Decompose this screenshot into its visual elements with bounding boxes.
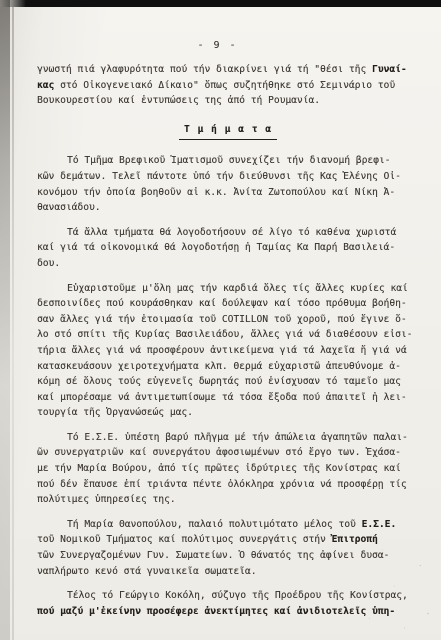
scan-top-edge: [0, 0, 441, 7]
paragraph: Εὐχαριστοῦμε μ'ὅλη μας τήν καρδιά ὅλες τ…: [37, 281, 419, 421]
text-line: δεσποινίδες πού κουράσθηκαν καί δούλεψαν…: [37, 296, 419, 312]
text-line: κῶν δεμάτων. Τελεῖ πάντοτε ὑπό τήν διεύθ…: [37, 169, 419, 185]
text-line: με τήν Μαρία Βούρου, ἀπό τίς πρῶτες ἱδρύ…: [37, 461, 419, 477]
text-line: ῶν συνεργατριῶν καί συνεργάτου ἀφοσιωμέν…: [37, 445, 419, 461]
text-line: Τό Ε.Σ.Ε. ὑπέστη βαρύ πλῆγμα μέ τήν ἀπώλ…: [37, 430, 419, 446]
scanned-page: - 9 - γνωστή πιά γλαφυρότητα πού τήν δια…: [0, 0, 441, 640]
paragraph: Τό Ε.Σ.Ε. ὑπέστη βαρύ πλῆγμα μέ τήν ἀπώλ…: [37, 430, 419, 508]
text-line: γνωστή πιά γλαφυρότητα πού τήν διακρίνει…: [37, 62, 419, 78]
text-line: πολύτιμες ὑπηρεσίες της.: [37, 492, 419, 508]
text-line: δου.: [37, 256, 419, 272]
paper-crease: [12, 7, 14, 640]
text-line: κόμη σέ ὅλους τούς εὐγενεῖς δωρητάς πού …: [37, 374, 419, 390]
paragraph: γνωστή πιά γλαφυρότητα πού τήν διακρίνει…: [37, 62, 419, 109]
paragraph: Τό Τμῆμα Βρεφικοῦ Ἰματισμοῦ συνεχίζει τή…: [37, 153, 419, 215]
text-line: καί μπορέσαμε νά ἀντιμετωπίσωμε τά τόσα …: [37, 390, 419, 406]
text-line: καί γιά τά οἰκονομικά θά λογοδοτήσῃ ἡ Τα…: [37, 240, 419, 256]
section-heading: Τ μ ή μ α τ α: [179, 122, 277, 141]
section-heading-row: Τ μ ή μ α τ α: [37, 122, 419, 141]
text-line: τήρια ἄλλες γιά νά προσφέρουν ἀντικείμεν…: [37, 343, 419, 359]
text-line: Τό Τμῆμα Βρεφικοῦ Ἰματισμοῦ συνεχίζει τή…: [37, 153, 419, 169]
page-number: - 9 -: [0, 40, 435, 51]
text-line: Τά ἄλλα τμήματα θά λογοδοτήσουν σέ λίγο …: [37, 225, 419, 241]
paragraph: Τά ἄλλα τμήματα θά λογοδοτήσουν σέ λίγο …: [37, 225, 419, 272]
text-line: σαν ἄλλες γιά τήν ἑτοιμασία τοῦ COTILLON…: [37, 312, 419, 328]
scan-noise: [311, 520, 441, 640]
text-line: Εὐχαριστοῦμε μ'ὅλη μας τήν καρδιά ὅλες τ…: [37, 281, 419, 297]
text-line: κονόμου τήν ὁποία βοηθοῦν αἱ κ.κ. Ἀνίτα …: [37, 185, 419, 201]
text-line: τουργία τῆς Ὀργανώσεώς μας.: [37, 405, 419, 421]
text-line: Βουκουρεστίου καί ἐντυπώσεις της ἀπό τή …: [37, 93, 419, 109]
text-line: λο στό σπίτι τῆς Κυρίας Βασιλειάδου, ἄλλ…: [37, 327, 419, 343]
text-line: κατασκευάσουν χειροτεχνήματα κλπ. Θερμά …: [37, 359, 419, 375]
text-line: κας στό Οἰκογενειακό Δίκαιο" ὅπως συζητή…: [37, 78, 419, 94]
scan-left-edge: [0, 0, 10, 640]
text-line: θανασιάδου.: [37, 200, 419, 216]
text-line: πού δέν ἔπαυσε ἐπί τριάντα πέντε ὁλόκληρ…: [37, 477, 419, 493]
